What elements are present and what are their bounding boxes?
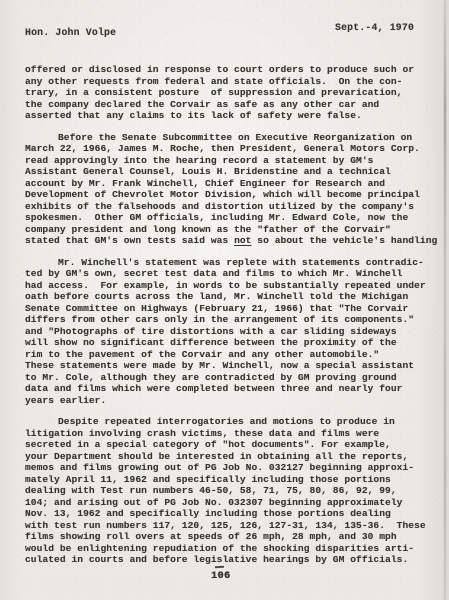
text-line: the company declared the Corvair as safe… — [25, 99, 439, 111]
text-line: asserted that any claims to its lack of … — [25, 110, 439, 122]
text-line: mately April 11, 1962 and specifically i… — [25, 474, 439, 486]
text-line: Despite repeated interrogatories and mot… — [25, 416, 439, 428]
text-line: data and films which were completed betw… — [25, 383, 439, 395]
text-line: Senate Committee on Highways (February 2… — [25, 303, 439, 315]
text-line: Development of Chevrolet Motor Division,… — [25, 189, 439, 201]
text-line: offered or disclosed in response to cour… — [25, 64, 439, 76]
document-body: offered or disclosed in response to cour… — [25, 64, 439, 576]
paragraph: Despite repeated interrogatories and mot… — [25, 416, 439, 566]
text-line: These statements were made by Mr. Winche… — [25, 360, 439, 372]
text-line: years earlier. — [25, 395, 439, 407]
text-line: rim to the pavement of the Corvair and a… — [25, 349, 439, 361]
paragraph: Before the Senate Subcommittee on Execut… — [25, 132, 439, 247]
text-line: Assistant General Counsel, Louis H. Brid… — [25, 166, 439, 178]
text-line: oath before courts across the land, Mr. … — [25, 291, 439, 303]
text-line: films showing roll overs at speeds of 26… — [25, 531, 439, 543]
text-line: litigation involving crash victims, thes… — [25, 428, 439, 440]
text-line: with test run numbers 117, 120, 125, 126… — [25, 520, 439, 532]
text-line: differs from other cars only in the arra… — [25, 314, 439, 326]
text-line: trary, in a consistent posture of suppre… — [25, 87, 439, 99]
text-line: secreted in a special category of "hot d… — [25, 439, 439, 451]
text-line: March 22, 1966, James M. Roche, then Pre… — [25, 143, 439, 155]
text-line: ted by GM's own, secret test data and fi… — [25, 268, 439, 280]
text-line: exhibits of the falsehoods and distortio… — [25, 201, 439, 213]
text-line: read approvingly into the hearing record… — [25, 155, 439, 167]
text-line: any other requests from federal and stat… — [25, 76, 439, 88]
text-line: and "Photographs of tire distortions wit… — [25, 326, 439, 338]
text-line: account by Mr. Frank Winchell, Chief Eng… — [25, 178, 439, 190]
scan-artifact-line — [444, 0, 446, 600]
date: Sept.-4, 1970 — [335, 22, 414, 33]
text-line: Before the Senate Subcommittee on Execut… — [25, 132, 439, 144]
text-line: stated that GM's own tests said was not … — [25, 235, 439, 247]
text-line: Mr. Winchell's statement was replete wit… — [25, 257, 439, 269]
addressee: Hon. John Volpe — [25, 27, 116, 38]
paragraph: offered or disclosed in response to cour… — [25, 64, 439, 122]
scanned-document-page: Hon. John Volpe Sept.-4, 1970 offered or… — [0, 0, 449, 600]
text-line: memos and films growing out of PG Job No… — [25, 462, 439, 474]
text-line: culated in courts and before legislative… — [25, 554, 439, 566]
text-line: company president and long known as the … — [25, 224, 439, 236]
text-line: would be enlightening repudiation of the… — [25, 543, 439, 555]
text-line: to Mr. Cole, although they are contradic… — [25, 372, 439, 384]
text-line: your Department should be interested in … — [25, 451, 439, 463]
text-line: Nov. 13, 1962 and specifically including… — [25, 508, 439, 520]
text-line: 104; and arising out of PG Job No. 03230… — [25, 497, 439, 509]
page-number: 106 — [211, 571, 231, 582]
text-line: spokesmen. Other GM officials, including… — [25, 212, 439, 224]
paragraph: Mr. Winchell's statement was replete wit… — [25, 257, 439, 407]
text-line: will show no significant difference betw… — [25, 337, 439, 349]
text-line: dealing with Test run numbers 46-50, 58,… — [25, 485, 439, 497]
text-line: had access. For example, in words to be … — [25, 280, 439, 292]
